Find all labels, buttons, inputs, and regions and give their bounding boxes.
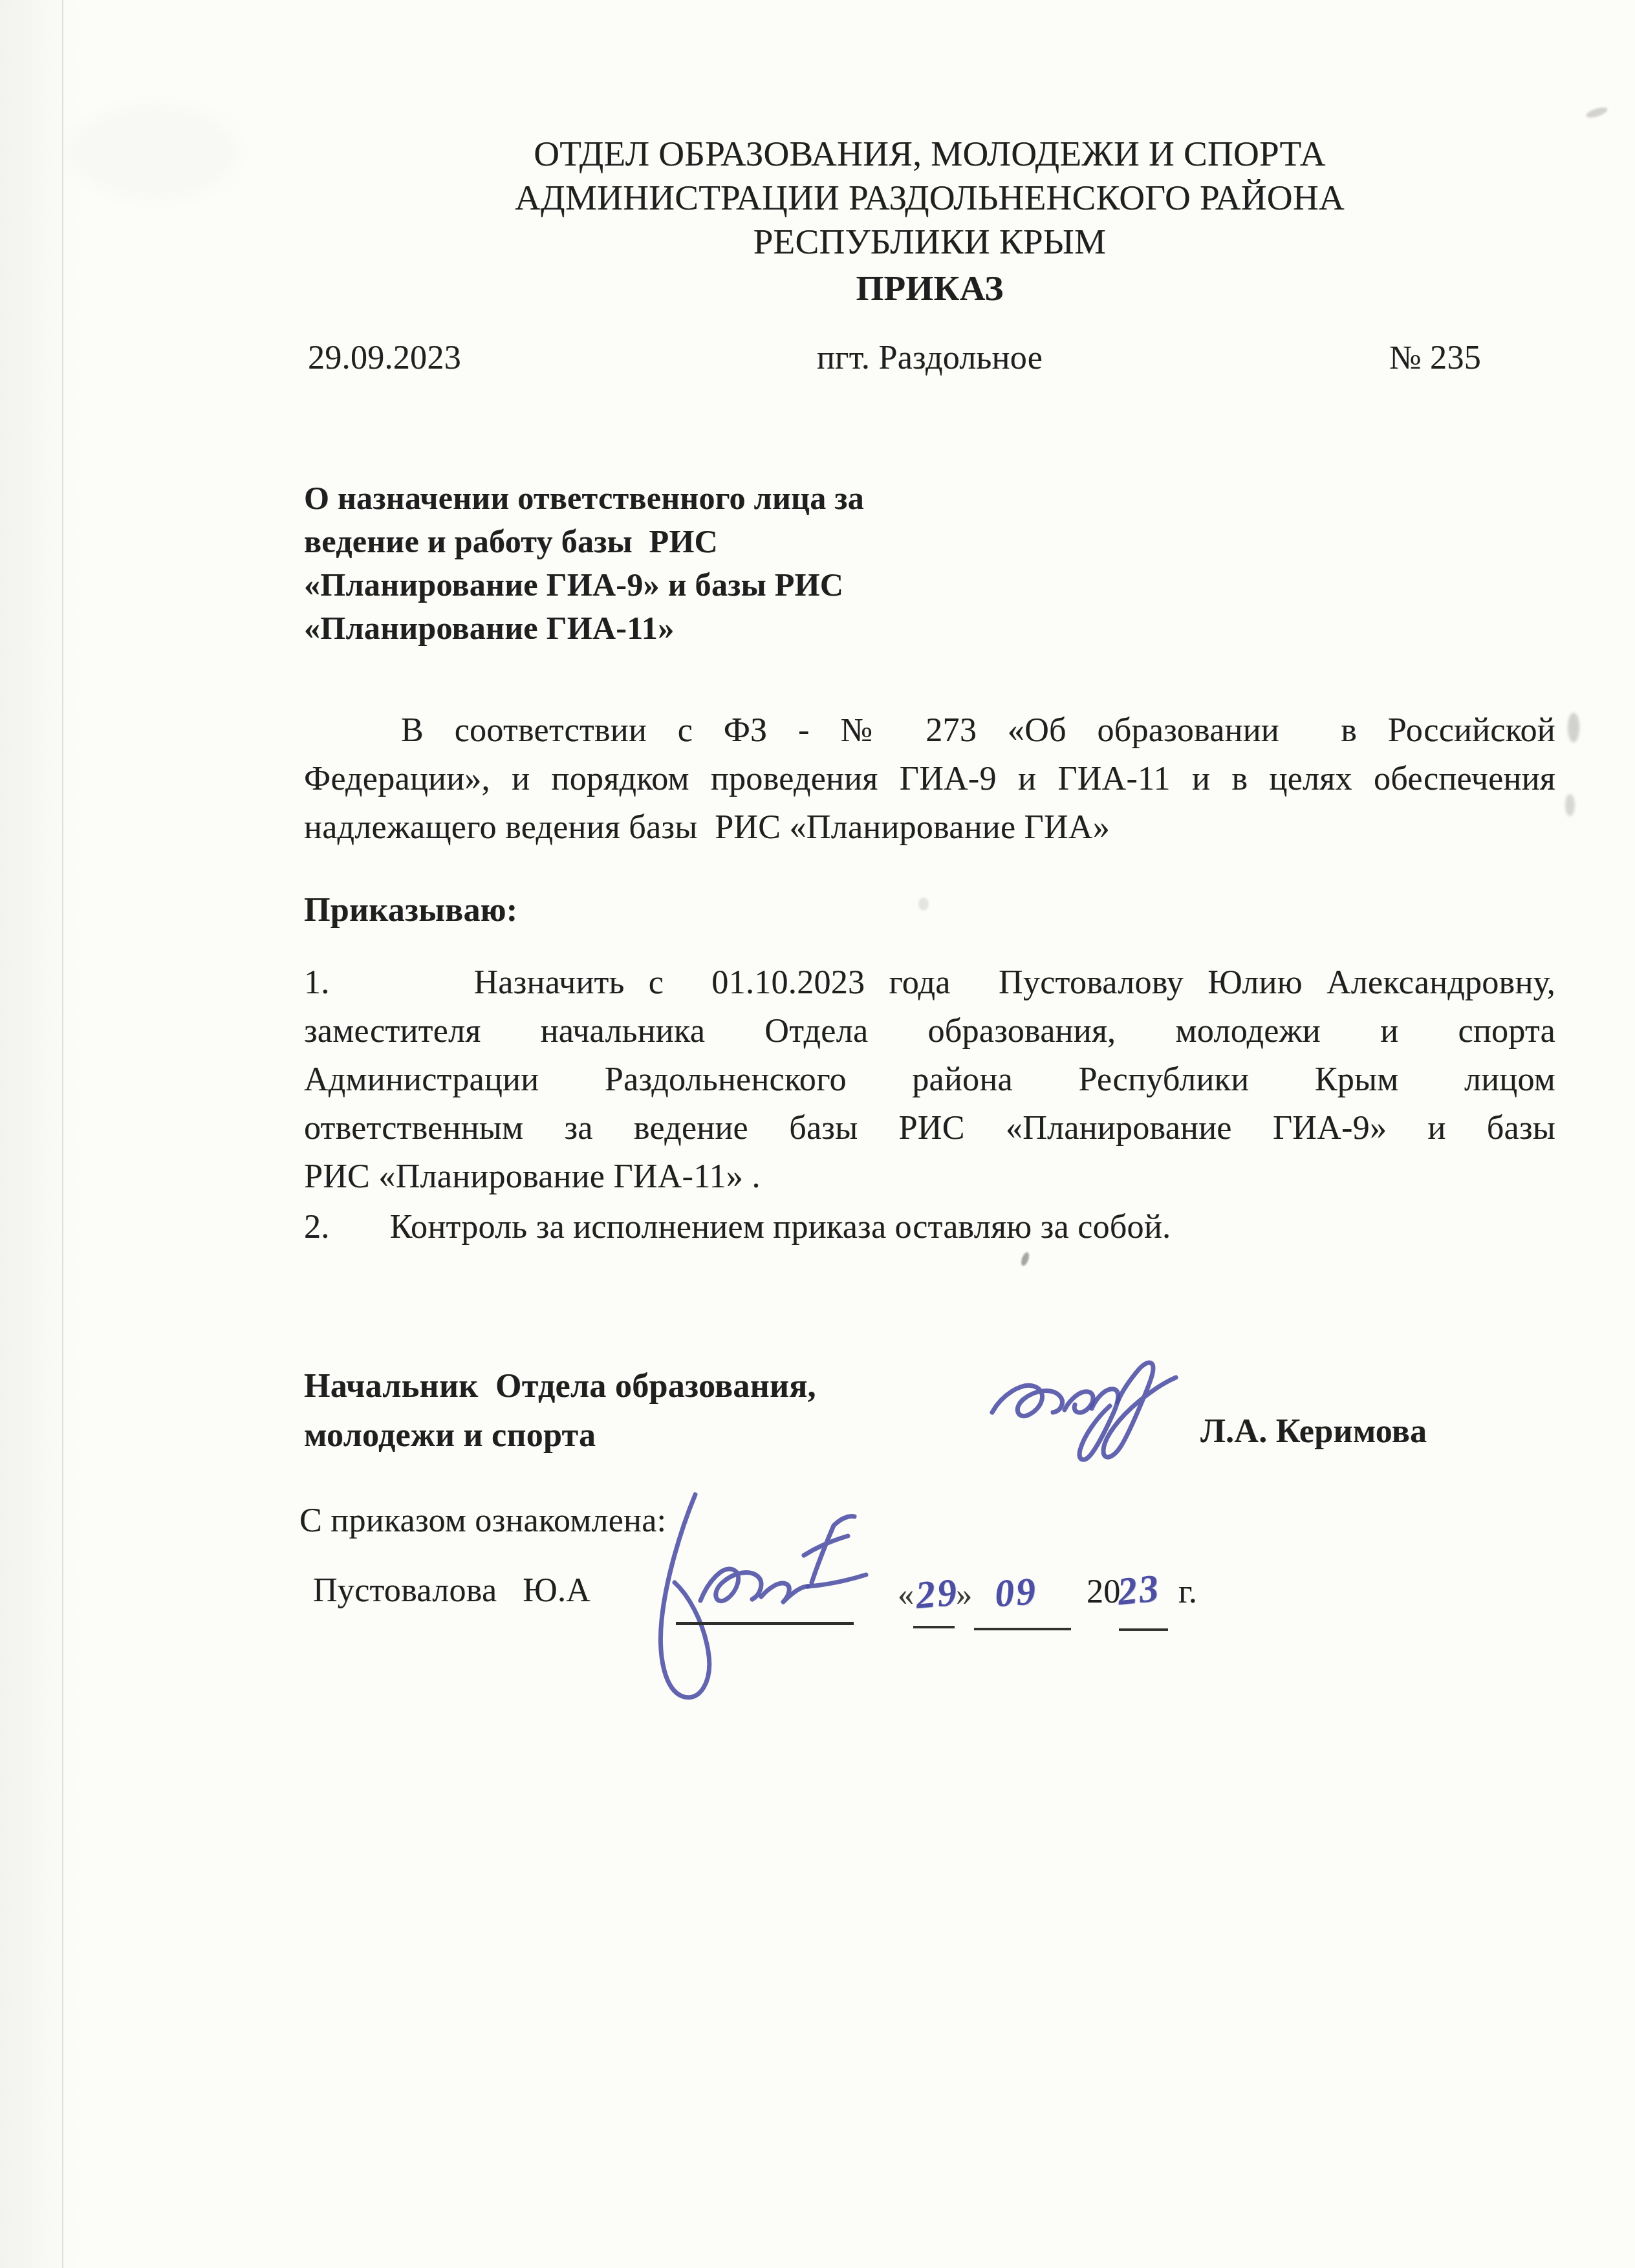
date-year-underline	[1119, 1628, 1168, 1631]
date-close-quote: »	[956, 1575, 972, 1613]
org-name-line: АДМИНИСТРАЦИИ РАЗДОЛЬНЕНСКОГО РАЙОНА	[304, 176, 1555, 220]
doc-type-title: ПРИКАЗ	[304, 266, 1555, 310]
signer-name: Л.А. Керимова	[1200, 1412, 1427, 1451]
date-open-quote: «	[898, 1575, 914, 1613]
signer-position: Начальник Отдела образования, молодежи и…	[304, 1362, 886, 1460]
date-era-suffix: г.	[1178, 1573, 1197, 1611]
date-century-printed: 20	[1087, 1573, 1121, 1611]
resolution-word: Приказываю:	[304, 891, 517, 929]
acknowledgment-label: С приказом ознакомлена:	[299, 1502, 666, 1540]
meta-row: 29.09.2023 пгт. Раздольное № 235	[304, 339, 1555, 378]
subject-line: «Планирование ГИА-11»	[304, 607, 1080, 650]
preamble-line: В соответствии с ФЗ - № 273 «Об образова…	[304, 706, 1555, 755]
item-line: РИС «Планирование ГИА-11» .	[304, 1152, 1555, 1201]
order-place: пгт. Раздольное	[817, 339, 1043, 377]
order-date: 29.09.2023	[308, 339, 461, 377]
preamble-line: надлежащего ведения базы РИС «Планирован…	[304, 803, 1555, 852]
preamble: В соответствии с ФЗ - № 273 «Об образова…	[304, 706, 1555, 852]
scan-edge-line	[62, 0, 63, 2268]
scan-speck	[918, 898, 929, 911]
signer-position-line: молодежи и спорта	[304, 1411, 886, 1460]
subject-line: О назначении ответственного лица за	[304, 477, 1080, 520]
date-day-handwritten: 29	[914, 1570, 960, 1617]
signer-position-line: Начальник Отдела образования,	[304, 1362, 886, 1411]
scan-speck	[1568, 713, 1579, 742]
item-line: ответственным за ведение базы РИС «Плани…	[304, 1104, 1555, 1152]
signature-line	[676, 1622, 854, 1625]
order-item-2: 2. Контроль за исполнением приказа остав…	[304, 1203, 1555, 1251]
subject-line: «Планирование ГИА-9» и базы РИС	[304, 563, 1080, 607]
order-number: № 235	[1389, 339, 1481, 377]
pustovalova-signature	[618, 1491, 876, 1704]
date-day-underline	[913, 1626, 955, 1628]
preamble-line: Федерации», и порядком проведения ГИА-9 …	[304, 755, 1555, 803]
order-item-1: 1. Назначить с 01.10.2023 года Пустовало…	[304, 958, 1555, 1201]
scan-smudge	[71, 103, 239, 200]
subject-line: ведение и работу базы РИС	[304, 520, 1080, 563]
subject-block: О назначении ответственного лица за веде…	[304, 477, 1080, 650]
acknowledged-person-name: Пустовалова Ю.А	[313, 1571, 590, 1610]
scanned-order-page: ОТДЕЛ ОБРАЗОВАНИЯ, МОЛОДЕЖИ И СПОРТА АДМ…	[0, 0, 1635, 2268]
scan-speck	[1565, 794, 1575, 816]
item-line: Администрации Раздольненского района Рес…	[304, 1055, 1555, 1104]
item-line: 1. Назначить с 01.10.2023 года Пустовало…	[304, 958, 1555, 1007]
scan-speck	[1585, 105, 1608, 120]
date-month-underline	[974, 1628, 1071, 1630]
letterhead: ОТДЕЛ ОБРАЗОВАНИЯ, МОЛОДЕЖИ И СПОРТА АДМ…	[304, 132, 1555, 310]
kerimova-signature	[983, 1327, 1184, 1476]
org-name-line: РЕСПУБЛИКИ КРЫМ	[304, 220, 1555, 264]
scan-speck	[1020, 1251, 1031, 1267]
date-month-handwritten: 09	[993, 1569, 1039, 1616]
org-name-line: ОТДЕЛ ОБРАЗОВАНИЯ, МОЛОДЕЖИ И СПОРТА	[304, 132, 1555, 176]
date-year-handwritten: 23	[1116, 1566, 1163, 1615]
item-line: заместителя начальника Отдела образовани…	[304, 1007, 1555, 1055]
